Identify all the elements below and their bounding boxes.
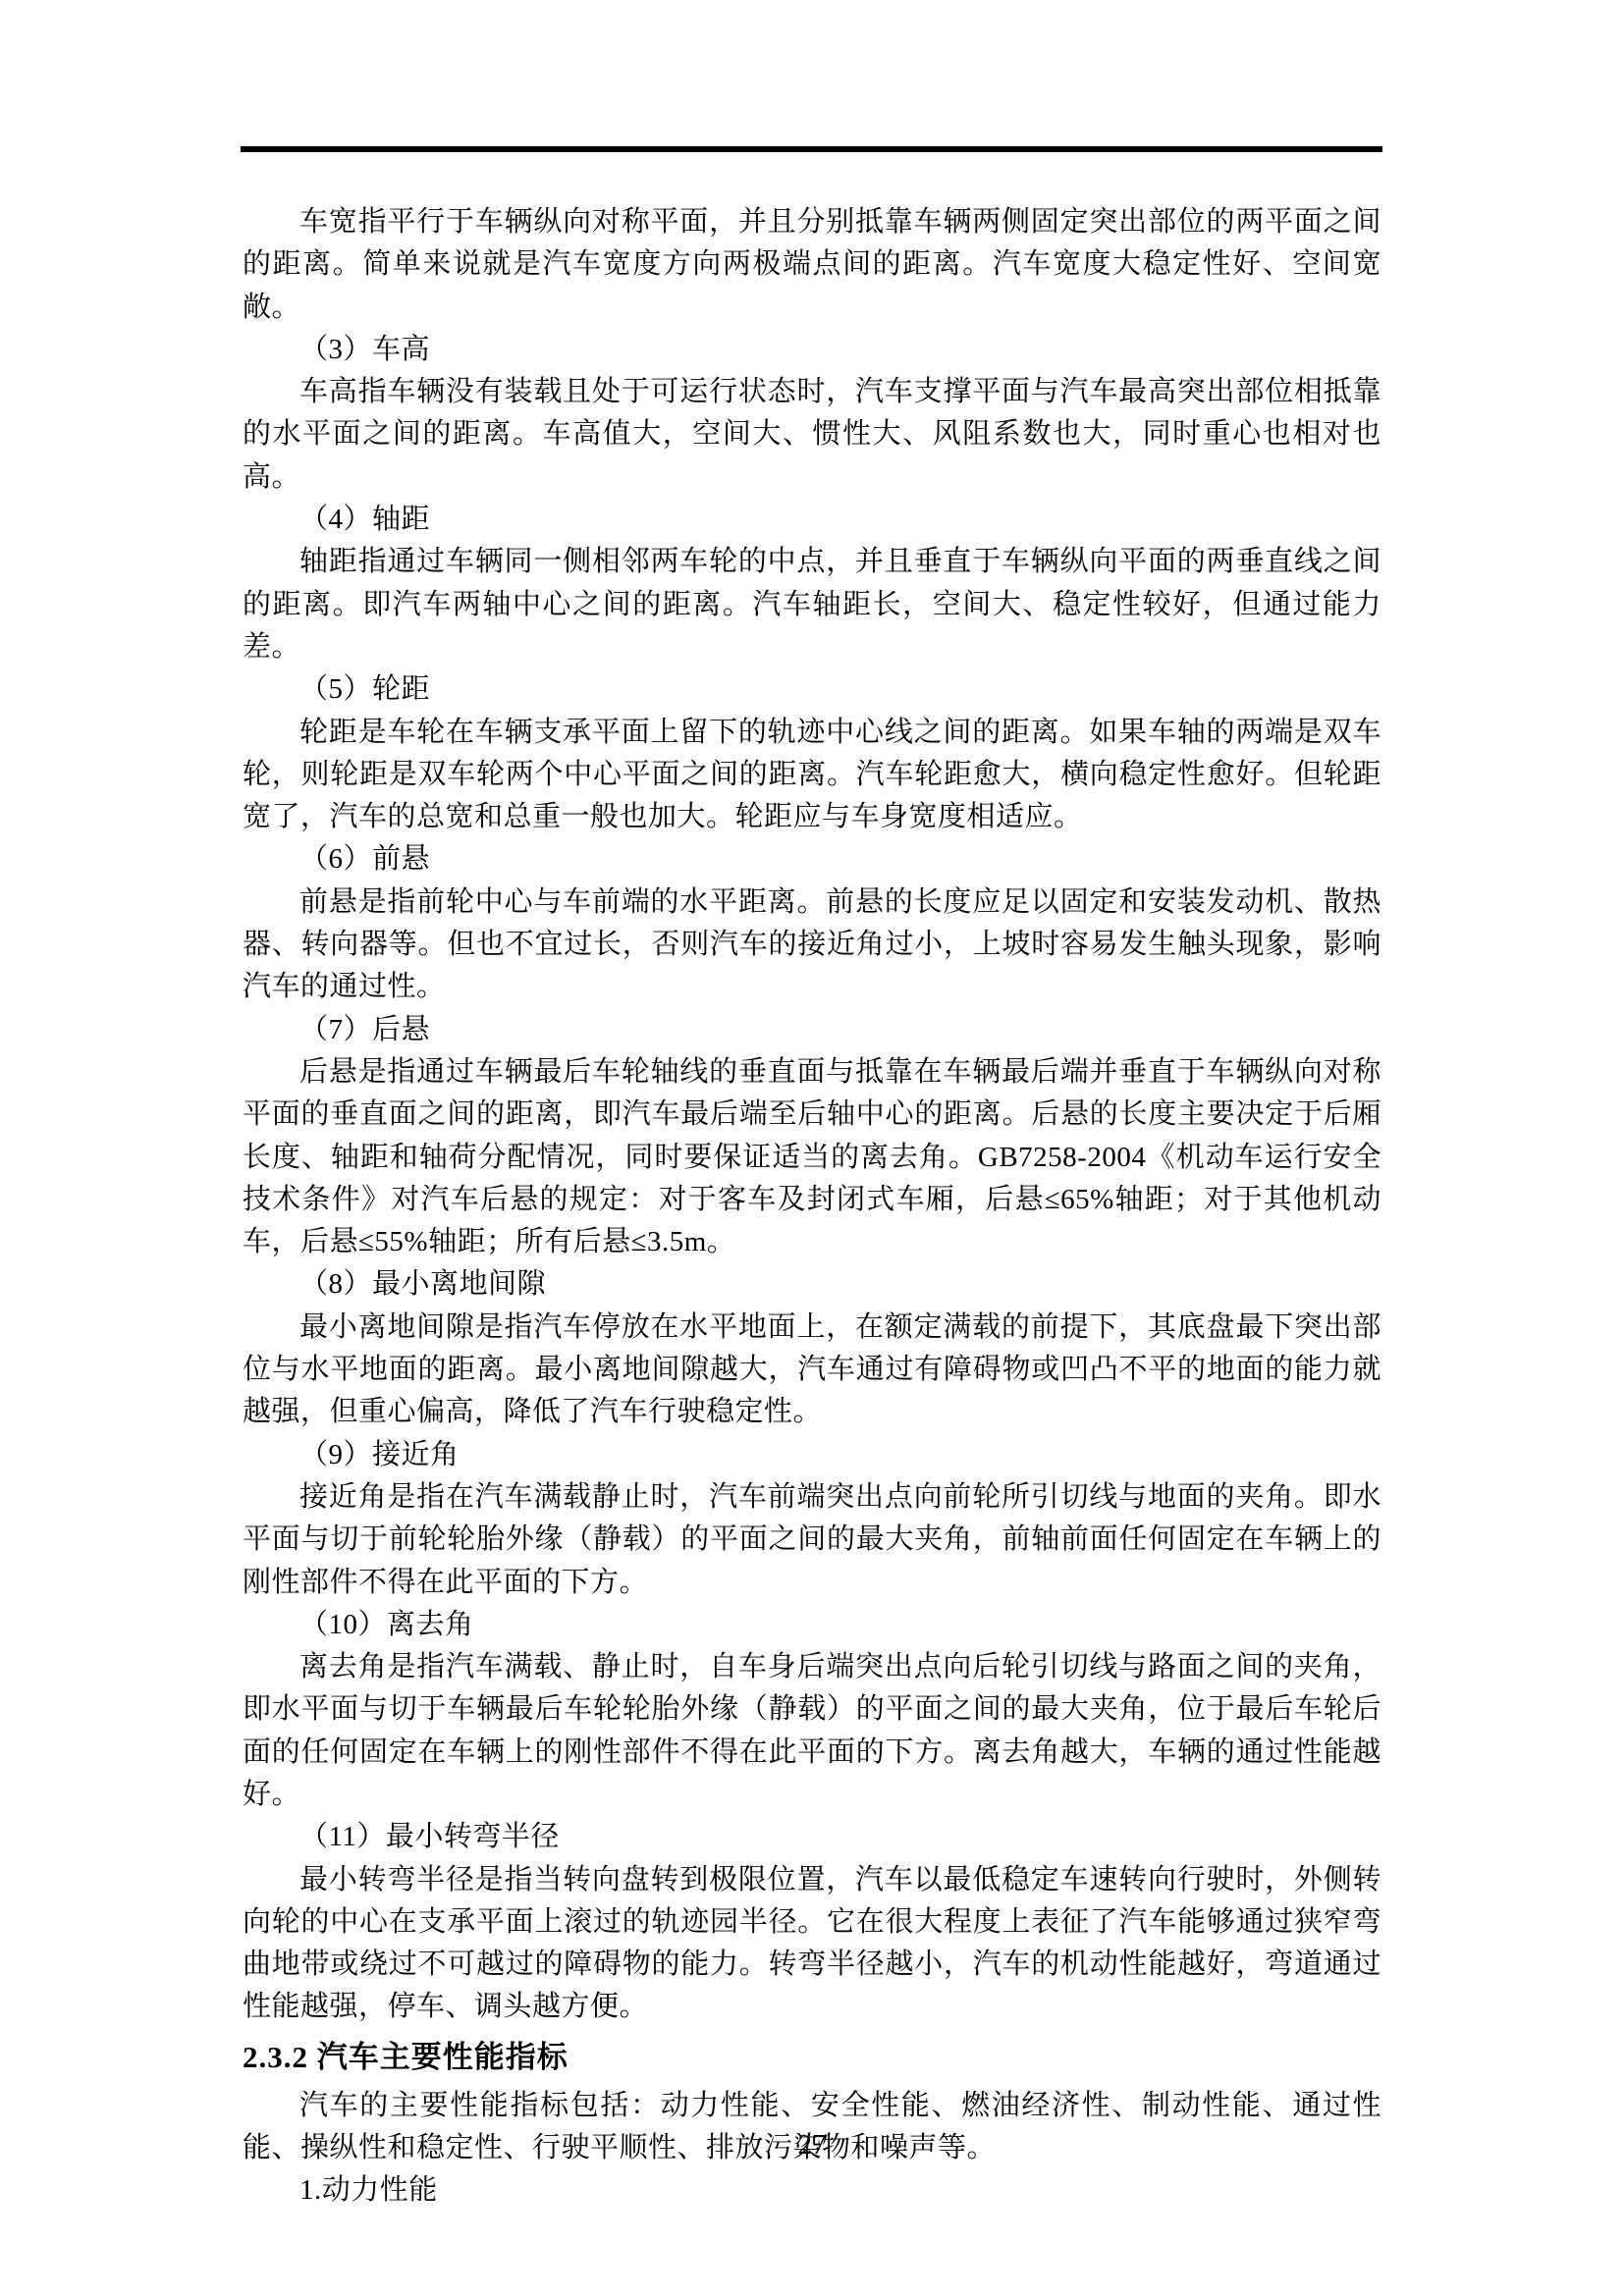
paragraph: 轴距指通过车辆同一侧相邻两车轮的中点，并且垂直于车辆纵向平面的两垂直线之间的距离… bbox=[243, 541, 1381, 668]
document-body: 车宽指平行于车辆纵向对称平面，并且分别抵靠车辆两侧固定突出部位的两平面之间的距离… bbox=[243, 201, 1381, 2213]
paragraph: 离去角是指汽车满载、静止时，自车身后端突出点向后轮引切线与路面之间的夹角，即水平… bbox=[243, 1646, 1381, 1816]
paragraph: 接近角是指在汽车满载静止时，汽车前端突出点向前轮所引切线与地面的夹角。即水平面与… bbox=[243, 1476, 1381, 1604]
paragraph: （3）车高 bbox=[243, 329, 1381, 371]
paragraph: （7）后悬 bbox=[243, 1009, 1381, 1051]
paragraph: 车宽指平行于车辆纵向对称平面，并且分别抵靠车辆两侧固定突出部位的两平面之间的距离… bbox=[243, 201, 1381, 329]
paragraph: （10）离去角 bbox=[243, 1604, 1381, 1646]
paragraph: （6）前悬 bbox=[243, 838, 1381, 881]
paragraph: （8）最小离地间隙 bbox=[243, 1263, 1381, 1306]
header-rule bbox=[241, 146, 1382, 152]
paragraph: 最小离地间隙是指汽车停放在水平地面上，在额定满载的前提下，其底盘最下突出部位与水… bbox=[243, 1307, 1381, 1434]
paragraph: 后悬是指通过车辆最后车轮轴线的垂直面与抵靠在车辆最后端并垂直于车辆纵向对称平面的… bbox=[243, 1051, 1381, 1263]
paragraph: 1.动力性能 bbox=[243, 2169, 1381, 2212]
paragraph: （9）接近角 bbox=[243, 1434, 1381, 1476]
paragraph: 轮距是车轮在车辆支承平面上留下的轨迹中心线之间的距离。如果车轴的两端是双车轮，则… bbox=[243, 712, 1381, 839]
paragraph: （5）轮距 bbox=[243, 668, 1381, 711]
paragraph: （4）轴距 bbox=[243, 499, 1381, 541]
paragraph: 最小转弯半径是指当转向盘转到极限位置，汽车以最低稳定车速转向行驶时，外侧转向轮的… bbox=[243, 1859, 1381, 2029]
paragraph: 前悬是指前轮中心与车前端的水平距离。前悬的长度应足以固定和安装发动机、散热器、转… bbox=[243, 881, 1381, 1009]
paragraph: （11）最小转弯半径 bbox=[243, 1816, 1381, 1858]
section-heading: 2.3.2 汽车主要性能指标 bbox=[243, 2029, 1381, 2085]
paragraph: 车高指车辆没有装载且处于可运行状态时，汽车支撑平面与汽车最高突出部位相抵靠的水平… bbox=[243, 371, 1381, 499]
page-number: 27 bbox=[0, 2128, 1624, 2162]
document-page: 车宽指平行于车辆纵向对称平面，并且分别抵靠车辆两侧固定突出部位的两平面之间的距离… bbox=[0, 0, 1624, 2296]
